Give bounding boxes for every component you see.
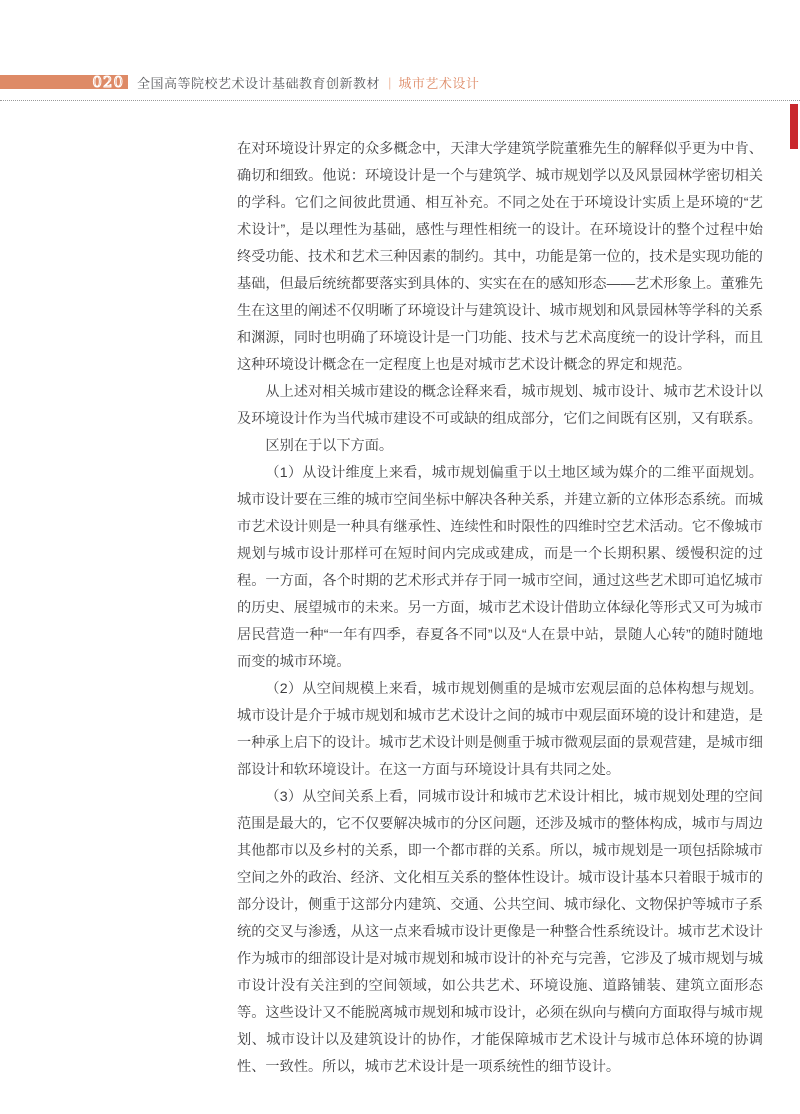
book-page: 020 全国高等院校艺术设计基础教育创新教材 | 城市艺术设计 在对环境设计界定…	[0, 0, 800, 1114]
page-number: 020	[92, 75, 124, 90]
header-divider: |	[388, 75, 391, 90]
body-text: 在对环境设计界定的众多概念中，天津大学建筑学院董雅先生的解释似乎更为中肯、确切和…	[237, 136, 763, 1081]
body-paragraph: 从上述对相关城市建设的概念诠释来看，城市规划、城市设计、城市艺术设计以及环境设计…	[237, 379, 763, 433]
series-title: 全国高等院校艺术设计基础教育创新教材	[137, 73, 380, 92]
body-paragraph: （1）从设计维度上来看，城市规划偏重于以土地区域为媒介的二维平面规划。城市设计要…	[237, 460, 763, 676]
body-paragraph: 在对环境设计界定的众多概念中，天津大学建筑学院董雅先生的解释似乎更为中肯、确切和…	[237, 136, 763, 379]
header-dotted-rule	[0, 100, 800, 101]
header-accent-bar: 020	[0, 75, 128, 89]
body-paragraph: （2）从空间规模上来看，城市规划侧重的是城市宏观层面的总体构想与规划。城市设计是…	[237, 676, 763, 784]
body-paragraph: 区别在于以下方面。	[237, 433, 763, 460]
chapter-edge-tab	[790, 104, 798, 149]
body-paragraph: （3）从空间关系上看，同城市设计和城市艺术设计相比，城市规划处理的空间范围是最大…	[237, 784, 763, 1081]
book-title: 城市艺术设计	[398, 73, 479, 92]
running-header: 全国高等院校艺术设计基础教育创新教材 | 城市艺术设计	[137, 74, 479, 90]
